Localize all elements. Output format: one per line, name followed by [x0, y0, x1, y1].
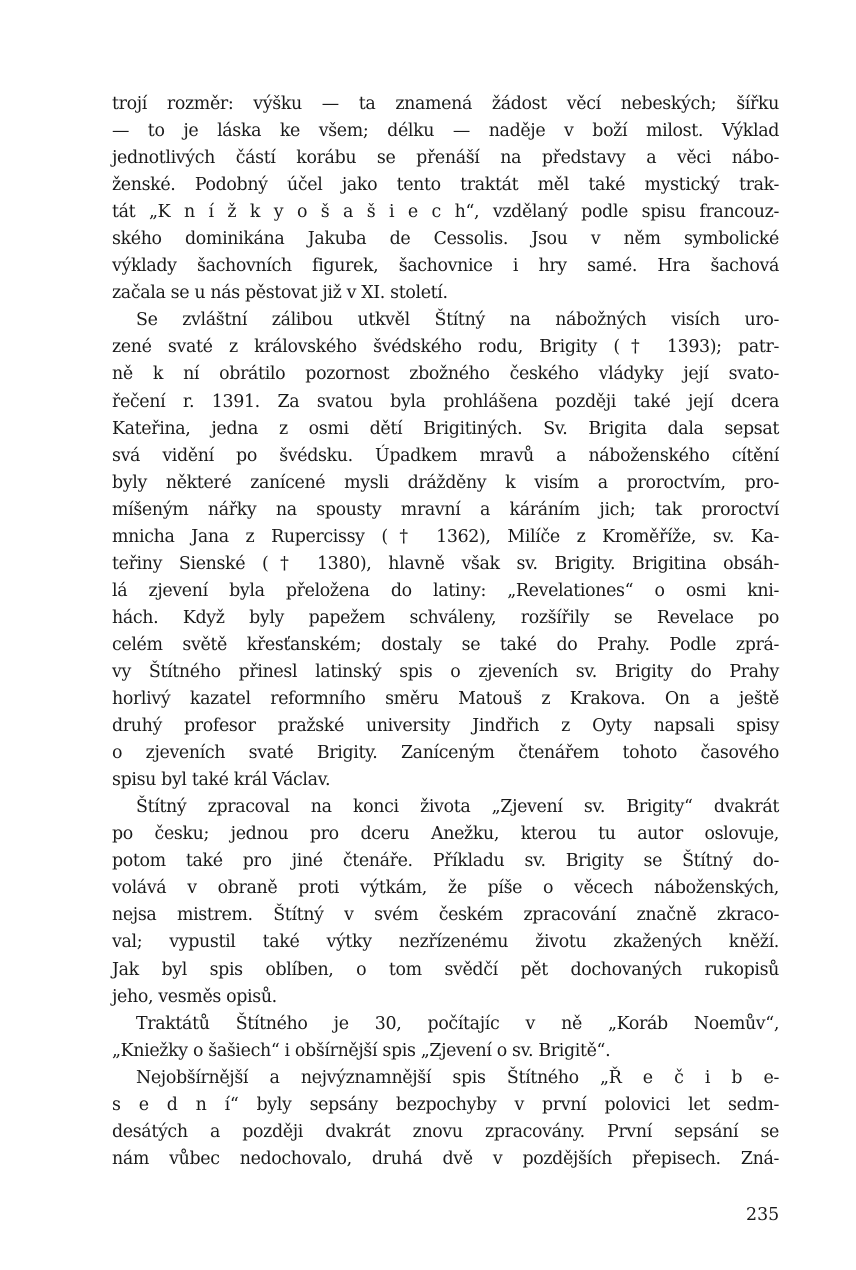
text-line: Jak byl spis oblíben, o tom svědčí pět d…: [112, 957, 779, 984]
text-line: nám vůbec nedochovalo, druhá dvě v pozdě…: [112, 1146, 779, 1173]
text-line: ženské. Podobný účel jako tento traktát …: [112, 172, 779, 199]
text-line: lá zjevení byla přeložena do latiny: „Re…: [112, 578, 779, 605]
text-line: řečení r. 1391. Za svatou byla prohlášen…: [112, 389, 779, 416]
paragraph-start-line: Traktátů Štítného je 30, počítajíc v ně …: [112, 1011, 779, 1038]
text-line: spisu byl také král Václav.: [112, 767, 779, 794]
text-line: svá vidění po švédsku. Úpadkem mravů a n…: [112, 443, 779, 470]
paragraph-start-line: Nejobšírnější a nejvýznamnější spis Štít…: [112, 1065, 779, 1092]
text-line: začala se u nás pěstovat již v XI. stole…: [112, 280, 779, 307]
text-line: trojí rozměr: výšku — ta znamená žádost …: [112, 91, 779, 118]
text-line: horlivý kazatel reformního směru Matouš …: [112, 686, 779, 713]
text-line: jeho, vesměs opisů.: [112, 984, 779, 1011]
text-line: Kateřina, jedna z osmi dětí Brigitiných.…: [112, 416, 779, 443]
paragraph-start-line: Se zvláštní zálibou utkvěl Štítný na náb…: [112, 307, 779, 334]
text-line: desátých a později dvakrát znovu zpracov…: [112, 1119, 779, 1146]
page-number: 235: [746, 1205, 779, 1225]
text-line: o zjeveních svaté Brigity. Zaníceným čte…: [112, 740, 779, 767]
text-line: val; vypustil také výtky nezřízenému živ…: [112, 929, 779, 956]
text-line: ského dominikána Jakuba de Cessolis. Jso…: [112, 226, 779, 253]
text-line: zené svaté z královského švédského rodu,…: [112, 334, 779, 361]
text-line: hách. Když byly papežem schváleny, rozší…: [112, 605, 779, 632]
text-line: byly některé zanícené mysli drážděny k v…: [112, 470, 779, 497]
text-line: po česku; jednou pro dceru Anežku, ktero…: [112, 821, 779, 848]
text-line: nejsa mistrem. Štítný v svém českém zpra…: [112, 902, 779, 929]
page-body-text: trojí rozměr: výšku — ta znamená žádost …: [112, 91, 779, 1173]
text-line: — to je láska ke všem; délku — naděje v …: [112, 118, 779, 145]
text-line: mnicha Jana z Rupercissy († 1362), Milíč…: [112, 524, 779, 551]
text-line: tát „K n í ž k y o š a š i e c h“, vzděl…: [112, 199, 779, 226]
text-line: druhý profesor pražské university Jindři…: [112, 713, 779, 740]
text-line: celém světě křesťanském; dostaly se také…: [112, 632, 779, 659]
text-line: jednotlivých částí korábu se přenáší na …: [112, 145, 779, 172]
text-line: ně k ní obrátilo pozornost zbožného česk…: [112, 361, 779, 388]
paragraph-start-line: Štítný zpracoval na konci života „Zjeven…: [112, 794, 779, 821]
text-line: „Kniežky o šašiech“ i obšírnější spis „Z…: [112, 1038, 779, 1065]
text-line: míšeným nářky na spousty mravní a kárání…: [112, 497, 779, 524]
text-line: volává v obraně proti výtkám, že píše o …: [112, 875, 779, 902]
text-line: výklady šachovních figurek, šachovnice i…: [112, 253, 779, 280]
text-line: potom také pro jiné čtenáře. Příkladu sv…: [112, 848, 779, 875]
text-line: teřiny Sienské († 1380), hlavně však sv.…: [112, 551, 779, 578]
text-line: s e d n í“ byly sepsány bezpochyby v prv…: [112, 1092, 779, 1119]
text-line: vy Štítného přinesl latinský spis o zjev…: [112, 659, 779, 686]
